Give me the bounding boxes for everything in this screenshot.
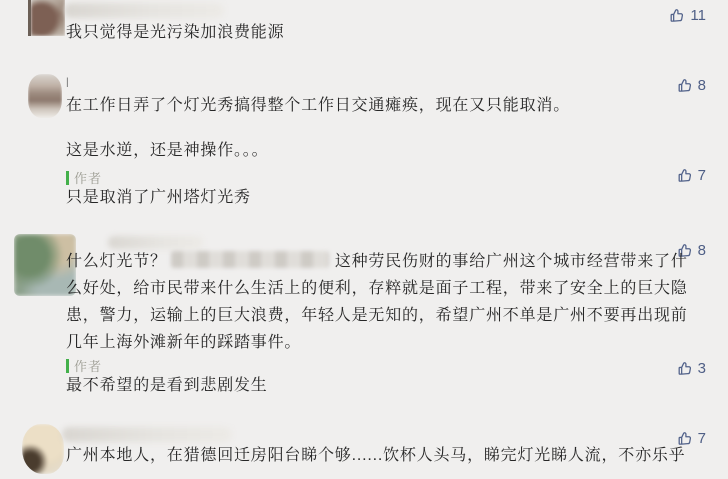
comment-line-1: 什么灯光节？这种劳民伤财的事给广州这个城市经营带来了什	[66, 248, 710, 275]
comment-item-1: 11 我只觉得是光污染加浪费能源	[0, 0, 728, 66]
comment-text: 广州本地人，在猎德回迁房阳台睇个够......饮杯人头马，睇完灯光睇人流，不亦乐…	[66, 442, 716, 469]
comment-text: 在工作日弄了个灯光秀搞得整个工作日交通瘫痪，现在又只能取消。	[66, 92, 706, 119]
author-badge: 作者	[66, 170, 102, 185]
redacted-text-blur	[171, 251, 329, 268]
author-badge: 作者	[66, 358, 102, 373]
avatar-blur	[31, 0, 65, 36]
author-reply-text: 最不希望的是看到悲剧发生	[66, 372, 706, 399]
author-badge-bar	[66, 359, 69, 373]
avatar[interactable]	[22, 424, 64, 474]
comment-line-4: 几年上海外滩新年的踩踏事件。	[66, 329, 710, 356]
avatar-blur	[28, 74, 62, 118]
username: l	[66, 75, 69, 90]
username-redacted	[62, 427, 232, 442]
comment-line-3: 患，警力，运输上的巨大浪费，年轻人是无知的，希望广州不单是广州不要再出现前	[66, 302, 710, 329]
like-count: 7	[698, 167, 706, 184]
comment-line-2: 么好处，给市民带来什么生活上的便利，存粹就是面子工程，带来了安全上的巨大隐	[66, 275, 710, 302]
reply-like-button[interactable]: 7	[676, 167, 706, 184]
comment-text-paragraph2: 这是水逆，还是神操作。。。	[66, 137, 706, 164]
username-redacted	[64, 3, 224, 18]
thumbs-up-icon	[676, 167, 693, 184]
author-reply-text: 只是取消了广州塔灯光秀	[66, 184, 706, 211]
text-after-redaction: 这种劳民伤财的事给广州这个城市经营带来了什	[335, 253, 688, 270]
comment-item-4: 7 广州本地人，在猎德回迁房阳台睇个够......饮杯人头马，睇完灯光睇人流，不…	[0, 422, 728, 479]
text-before-redaction: 什么灯光节？	[66, 253, 167, 270]
comment-text: 我只觉得是光污染加浪费能源	[66, 19, 706, 46]
avatar[interactable]	[28, 0, 65, 36]
like-count: 3	[698, 360, 706, 377]
comment-text: 什么灯光节？这种劳民伤财的事给广州这个城市经营带来了什 么好处，给市民带来什么生…	[66, 248, 710, 356]
reply-like-button[interactable]: 3	[676, 360, 706, 377]
avatar-blur	[22, 424, 64, 474]
author-badge-bar	[66, 171, 69, 185]
avatar[interactable]	[28, 74, 62, 118]
comment-item-2: l 8 在工作日弄了个灯光秀搞得整个工作日交通瘫痪，现在又只能取消。 这是水逆，…	[0, 74, 728, 224]
thumbs-up-icon	[676, 360, 693, 377]
comment-item-3: 8 什么灯光节？这种劳民伤财的事给广州这个城市经营带来了什 么好处，给市民带来什…	[0, 234, 728, 409]
